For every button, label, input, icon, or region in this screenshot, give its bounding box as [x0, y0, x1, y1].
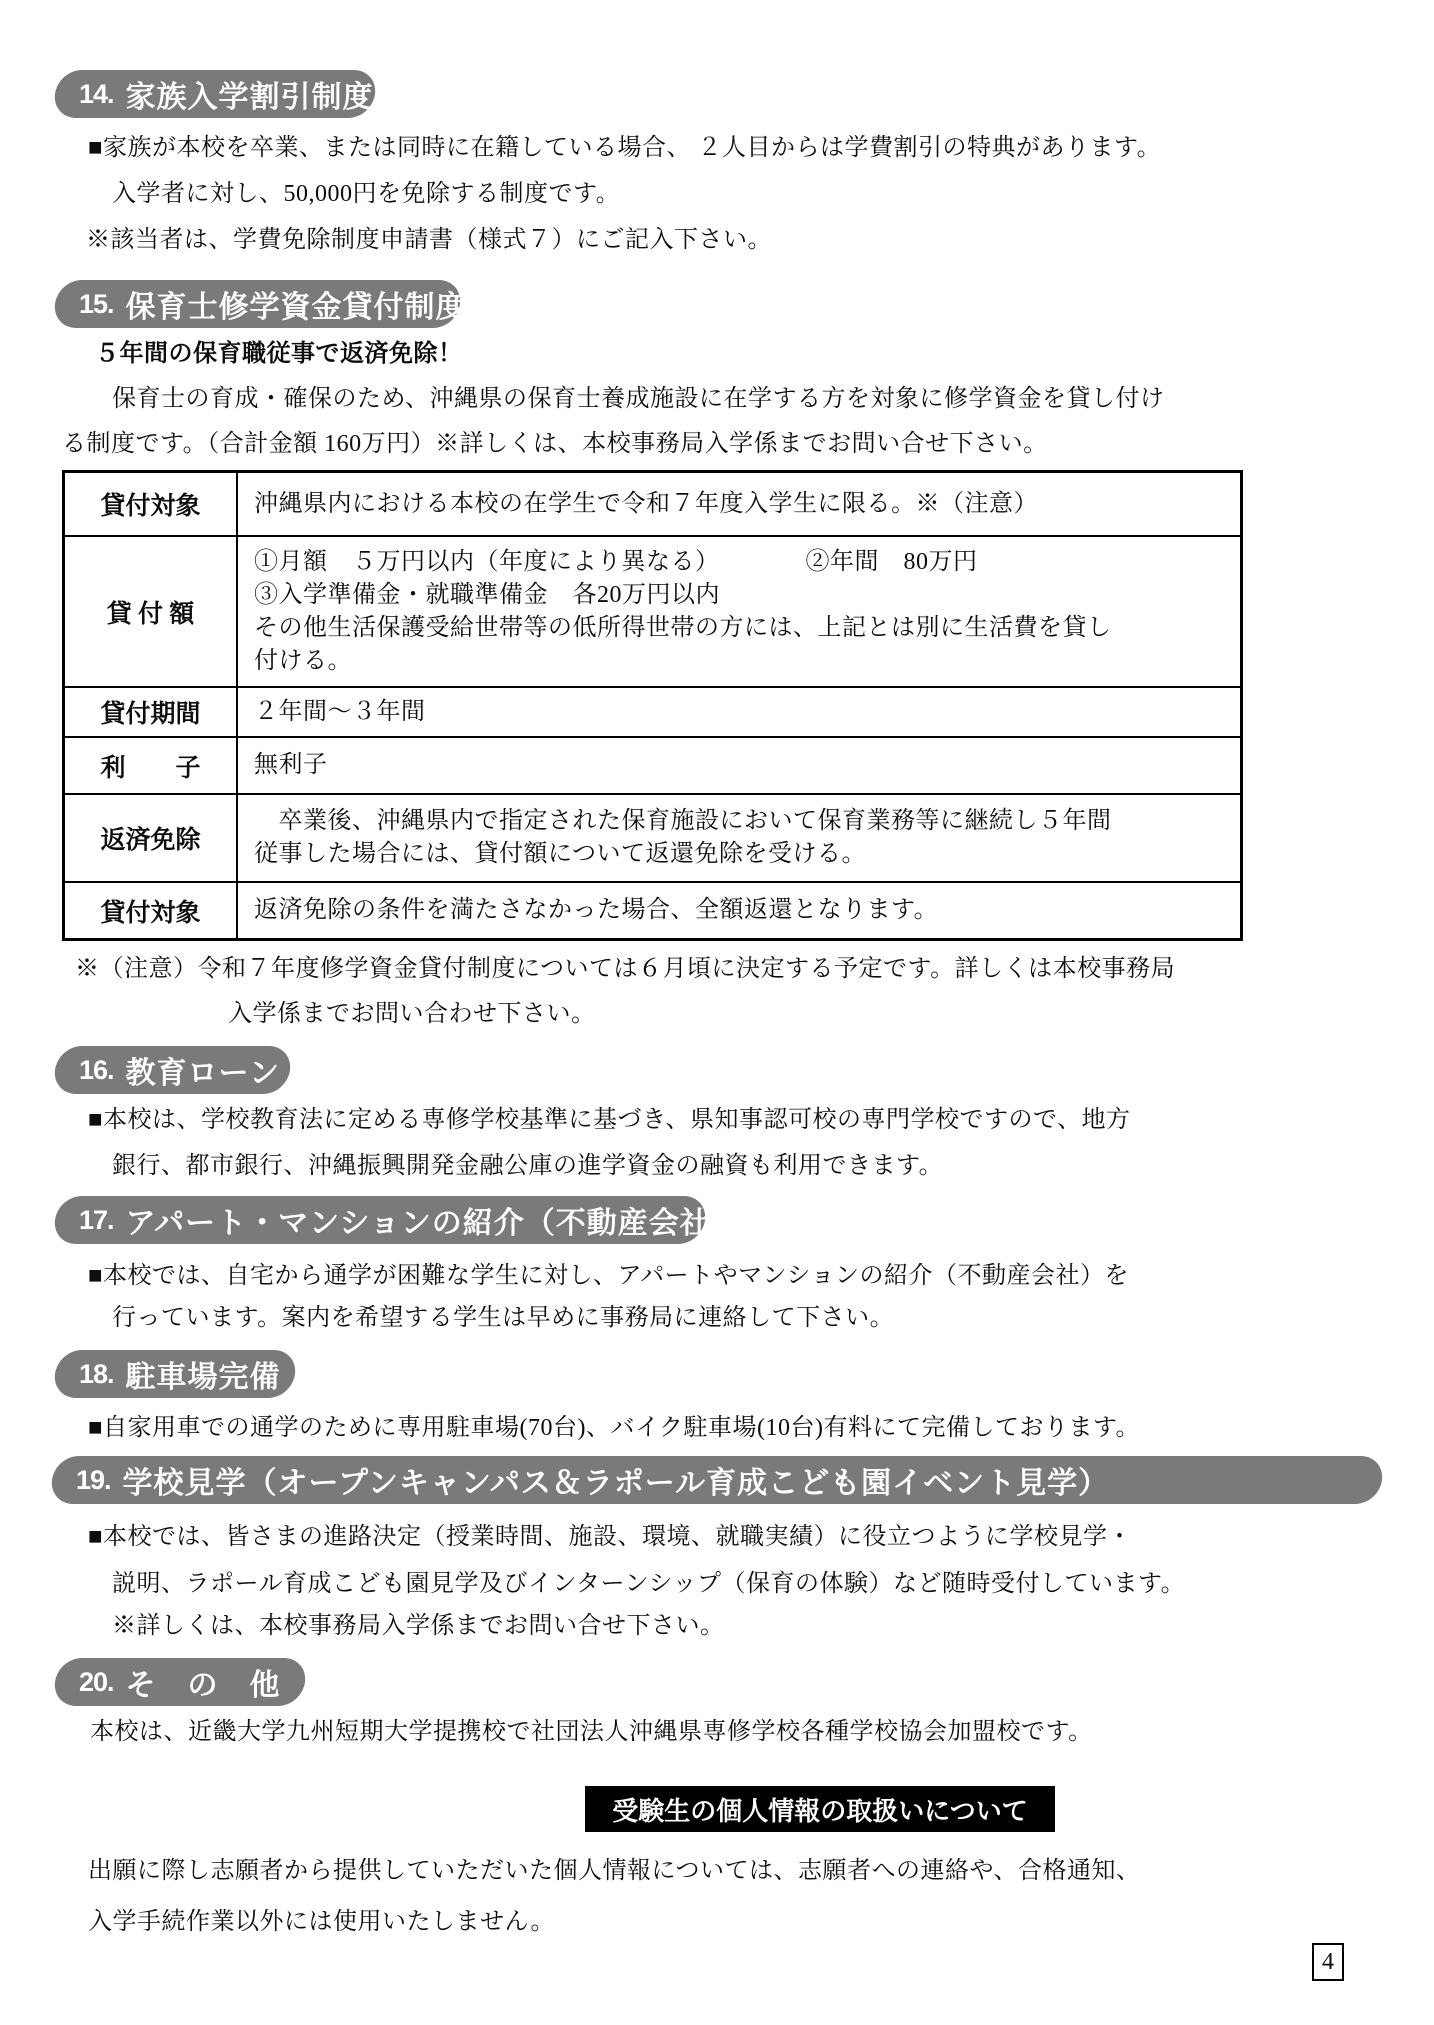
row-label: 返済免除	[65, 795, 238, 881]
row-content: 返済免除の条件を満たさなかった場合、全額返還となります。	[238, 883, 1240, 938]
row-content: ２年間～３年間	[238, 688, 1240, 736]
row-content-line: その他生活保護受給世帯等の低所得世帯の方には、上記とは別に生活費を貸し	[254, 612, 1230, 645]
row-label: 貸付期間	[65, 688, 238, 736]
section-16-line-2: 銀行、都市銀行、沖縄振興開発金融公庫の進学資金の融資も利用できます。	[112, 1150, 943, 1182]
row-content-line: ①月額 ５万円以内（年度により異なる） ②年間 80万円	[254, 546, 1230, 579]
section-16-header: 16. 教育ローン	[55, 1046, 290, 1094]
table-note-line-1: ※（注意）令和７年度修学資金貸付制度については６月頃に決定する予定です。詳しくは…	[75, 953, 1175, 985]
section-17-number: 17.	[79, 1205, 114, 1236]
row-label: 貸付対象	[65, 883, 238, 938]
section-20-number: 20.	[79, 1667, 114, 1698]
table-note-line-2: 入学係までお問い合わせ下さい。	[228, 998, 596, 1030]
section-19-line-3: ※詳しくは、本校事務局入学係までお問い合せ下さい。	[112, 1610, 725, 1642]
table-row: 利 子 無利子	[65, 736, 1240, 793]
table-row: 返済免除 卒業後、沖縄県内で指定された保育施設において保育業務等に継続し５年間 …	[65, 793, 1240, 881]
section-18-header: 18. 駐車場完備	[55, 1350, 295, 1398]
section-15-catchphrase: ５年間の保育職従事で返済免除！	[95, 338, 463, 370]
footer-line-1: 出願に際し志願者から提供していただいた個人情報については、志願者への連絡や、合格…	[88, 1855, 1141, 1887]
section-19-line-2: 説明、ラポール育成こども園見学及びインターンシップ（保育の体験）など随時受付して…	[112, 1568, 1185, 1600]
row-content: 沖縄県内における本校の在学生で令和７年度入学生に限る。※（注意）	[238, 473, 1240, 535]
section-16-title: 教育ローン	[126, 1048, 280, 1092]
table-row: 貸付期間 ２年間～３年間	[65, 686, 1240, 736]
row-content-line: 付ける。	[254, 645, 1230, 678]
row-content-line: 沖縄県内における本校の在学生で令和７年度入学生に限る。※（注意）	[254, 488, 1230, 521]
section-20-line-1: 本校は、近畿大学九州短期大学提携校で社団法人沖縄県専修学校各種学校協会加盟校です…	[90, 1716, 1093, 1748]
row-content-line: ③入学準備金・就職準備金 各20万円以内	[254, 579, 1230, 612]
section-16-line-1: ■本校は、学校教育法に定める専修学校基準に基づき、県知事認可校の専門学校ですので…	[88, 1104, 1131, 1136]
row-content-line: 返済免除の条件を満たさなかった場合、全額返還となります。	[254, 894, 1230, 927]
section-18-line-1: ■自家用車での通学のために専用駐車場(70台)、バイク駐車場(10台)有料にて完…	[88, 1412, 1140, 1444]
section-17-line-2: 行っています。案内を希望する学生は早めに事務局に連絡して下さい。	[112, 1302, 894, 1334]
section-19-number: 19.	[76, 1465, 111, 1496]
section-14-line-1: ■家族が本校を卒業、または同時に在籍している場合、 ２人目からは学費割引の特典が…	[88, 132, 1161, 164]
section-15-number: 15.	[79, 289, 114, 320]
row-content: 卒業後、沖縄県内で指定された保育施設において保育業務等に継続し５年間 従事した場…	[238, 795, 1240, 881]
section-14-number: 14.	[79, 79, 114, 110]
section-20-header: 20. そ の 他	[55, 1658, 305, 1706]
privacy-banner: 受験生の個人情報の取扱いについて	[585, 1786, 1055, 1832]
section-17-title: アパート・マンションの紹介（不動産会社）	[126, 1198, 742, 1242]
scholarship-loan-table: 貸付対象 沖縄県内における本校の在学生で令和７年度入学生に限る。※（注意） 貸 …	[62, 470, 1243, 941]
section-14-line-3: ※該当者は、学費免除制度申請書（様式７）にご記入下さい。	[86, 224, 772, 256]
row-content-line: 従事した場合には、貸付額について返還免除を受ける。	[254, 838, 1230, 871]
table-row: 貸付対象 返済免除の条件を満たさなかった場合、全額返還となります。	[65, 881, 1240, 938]
section-16-number: 16.	[79, 1055, 114, 1086]
section-15-line-1: 保育士の育成・確保のため、沖縄県の保育士養成施設に在学する方を対象に修学資金を貸…	[112, 383, 1165, 415]
section-18-title: 駐車場完備	[126, 1352, 281, 1396]
section-19-header: 19. 学校見学（オープンキャンパス＆ラポール育成こども園イベント見学）	[52, 1456, 1382, 1504]
section-14-title: 家族入学割引制度	[126, 72, 374, 116]
section-14-line-2: 入学者に対し、50,000円を免除する制度です。	[112, 178, 620, 210]
row-content-line: 無利子	[254, 749, 1230, 782]
table-row: 貸 付 額 ①月額 ５万円以内（年度により異なる） ②年間 80万円 ③入学準備…	[65, 535, 1240, 686]
row-content-line: ２年間～３年間	[254, 696, 1230, 729]
section-18-number: 18.	[79, 1359, 114, 1390]
section-15-line-2: る制度です。（合計金額 160万円）※詳しくは、本校事務局入学係までお問い合せ下…	[62, 428, 1048, 460]
footer-line-2: 入学手続作業以外には使用いたしません。	[88, 1906, 555, 1938]
row-content-line: 卒業後、沖縄県内で指定された保育施設において保育業務等に継続し５年間	[254, 805, 1230, 838]
document-page: 14. 家族入学割引制度 ■家族が本校を卒業、または同時に在籍している場合、 ２…	[0, 0, 1434, 2025]
section-19-title: 学校見学（オープンキャンパス＆ラポール育成こども園イベント見学）	[123, 1458, 1110, 1502]
row-label: 貸 付 額	[65, 537, 238, 686]
section-14-header: 14. 家族入学割引制度	[55, 70, 375, 118]
row-label: 利 子	[65, 738, 238, 793]
section-15-title: 保育士修学資金貸付制度	[126, 282, 467, 326]
page-number: 4	[1312, 1943, 1344, 1981]
section-17-header: 17. アパート・マンションの紹介（不動産会社）	[55, 1196, 705, 1244]
section-20-title: そ の 他	[126, 1660, 281, 1704]
table-row: 貸付対象 沖縄県内における本校の在学生で令和７年度入学生に限る。※（注意）	[65, 473, 1240, 535]
row-label: 貸付対象	[65, 473, 238, 535]
section-19-line-1: ■本校では、皆さまの進路決定（授業時間、施設、環境、就職実績）に役立つように学校…	[88, 1521, 1132, 1553]
row-content: 無利子	[238, 738, 1240, 793]
row-content: ①月額 ５万円以内（年度により異なる） ②年間 80万円 ③入学準備金・就職準備…	[238, 537, 1240, 686]
section-15-header: 15. 保育士修学資金貸付制度	[55, 280, 460, 328]
section-17-line-1: ■本校では、自宅から通学が困難な学生に対し、アパートやマンションの紹介（不動産会…	[88, 1260, 1129, 1292]
